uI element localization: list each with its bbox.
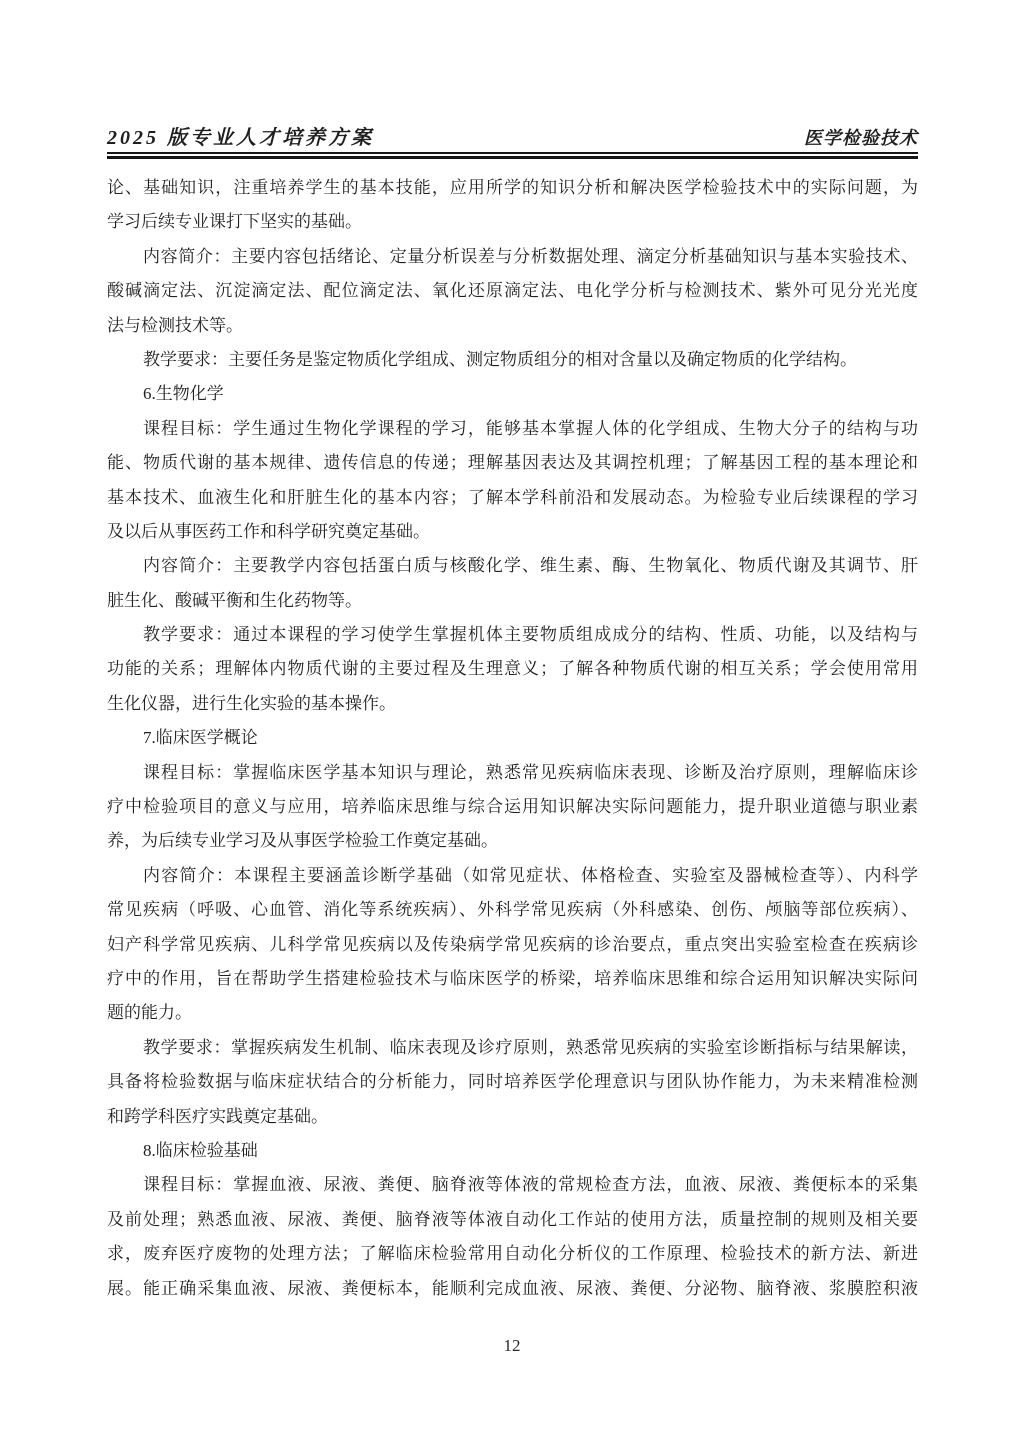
text-line: 养，为后续专业学习及从事医学检验工作奠定基础。 <box>107 824 918 858</box>
text-line: 内容简介：主要教学内容包括蛋白质与核酸化学、维生素、酶、生物氧化、物质代谢及其调… <box>107 549 918 583</box>
text-line: 教学要求：掌握疾病发生机制、临床表现及诊疗原则，熟悉常见疾病的实验室诊断指标与结… <box>107 1031 918 1065</box>
text-line: 及前处理；熟悉血液、尿液、粪便、脑脊液等体液自动化工作站的使用方法，质量控制的规… <box>107 1203 918 1237</box>
document-page: 2025 版专业人才培养方案 医学检验技术 论、基础知识，注重培养学生的基本技能… <box>0 0 1024 1448</box>
text-line: 和跨学科医疗实践奠定基础。 <box>107 1100 918 1134</box>
text-line: 疗中的作用，旨在帮助学生搭建检验技术与临床医学的桥梁，培养临床思维和综合运用知识… <box>107 962 918 996</box>
text-line: 法与检测技术等。 <box>107 309 918 343</box>
text-line: 课程目标：掌握临床医学基本知识与理论，熟悉常见疾病临床表现、诊断及治疗原则，理解… <box>107 756 918 790</box>
header-double-rule <box>107 152 918 159</box>
text-line: 课程目标：掌握血液、尿液、粪便、脑脊液等体液的常规检查方法，血液、尿液、粪便标本… <box>107 1168 918 1202</box>
header-left-title: 2025 版专业人才培养方案 <box>107 121 374 150</box>
text-line: 生化仪器，进行生化实验的基本操作。 <box>107 687 918 721</box>
text-line: 功能的关系；理解体内物质代谢的主要过程及生理意义；了解各种物质代谢的相互关系；学… <box>107 652 918 686</box>
text-line: 学习后续专业课打下坚实的基础。 <box>107 205 918 239</box>
text-line: 7.临床医学概论 <box>107 721 918 755</box>
header-right-title: 医学检验技术 <box>804 124 918 150</box>
text-line: 8.临床检验基础 <box>107 1134 918 1168</box>
text-line: 妇产科学常见疾病、儿科学常见疾病以及传染病学常见疾病的诊治要点，重点突出实验室检… <box>107 928 918 962</box>
text-line: 6.生物化学 <box>107 377 918 411</box>
text-line: 论、基础知识，注重培养学生的基本技能，应用所学的知识分析和解决医学检验技术中的实… <box>107 171 918 205</box>
text-line: 脏生化、酸碱平衡和生化药物等。 <box>107 584 918 618</box>
text-line: 内容简介：本课程主要涵盖诊断学基础（如常见症状、体格检查、实验室及器械检查等）、… <box>107 859 918 893</box>
text-line: 及以后从事医药工作和科学研究奠定基础。 <box>107 515 918 549</box>
document-body: 论、基础知识，注重培养学生的基本技能，应用所学的知识分析和解决医学检验技术中的实… <box>107 171 918 1306</box>
text-line: 课程目标：学生通过生物化学课程的学习，能够基本掌握人体的化学组成、生物大分子的结… <box>107 412 918 446</box>
text-line: 常见疾病（呼吸、心血管、消化等系统疾病）、外科学常见疾病（外科感染、创伤、颅脑等… <box>107 893 918 927</box>
text-line: 具备将检验数据与临床症状结合的分析能力，同时培养医学伦理意识与团队协作能力，为未… <box>107 1065 918 1099</box>
text-line: 酸碱滴定法、沉淀滴定法、配位滴定法、氧化还原滴定法、电化学分析与检测技术、紫外可… <box>107 274 918 308</box>
page-footer: 12 <box>0 1336 1024 1356</box>
text-line: 求，废弃医疗废物的处理方法；了解临床检验常用自动化分析仪的工作原理、检验技术的新… <box>107 1237 918 1271</box>
text-line: 教学要求：通过本课程的学习使学生掌握机体主要物质组成成分的结构、性质、功能，以及… <box>107 618 918 652</box>
text-line: 能、物质代谢的基本规律、遗传信息的传递；理解基因表达及其调控机理；了解基因工程的… <box>107 446 918 480</box>
text-line: 疗中检验项目的意义与应用，培养临床思维与综合运用知识解决实际问题能力，提升职业道… <box>107 790 918 824</box>
text-line: 内容简介：主要内容包括绪论、定量分析误差与分析数据处理、滴定分析基础知识与基本实… <box>107 240 918 274</box>
page-number: 12 <box>504 1336 521 1355</box>
text-line: 基本技术、血液生化和肝脏生化的基本内容；了解本学科前沿和发展动态。为检验专业后续… <box>107 481 918 515</box>
text-line: 教学要求：主要任务是鉴定物质化学组成、测定物质组分的相对含量以及确定物质的化学结… <box>107 343 918 377</box>
page-header: 2025 版专业人才培养方案 医学检验技术 <box>107 122 918 150</box>
text-line: 题的能力。 <box>107 996 918 1030</box>
text-line: 展。能正确采集血液、尿液、粪便标本，能顺利完成血液、尿液、粪便、分泌物、脑脊液、… <box>107 1272 918 1306</box>
